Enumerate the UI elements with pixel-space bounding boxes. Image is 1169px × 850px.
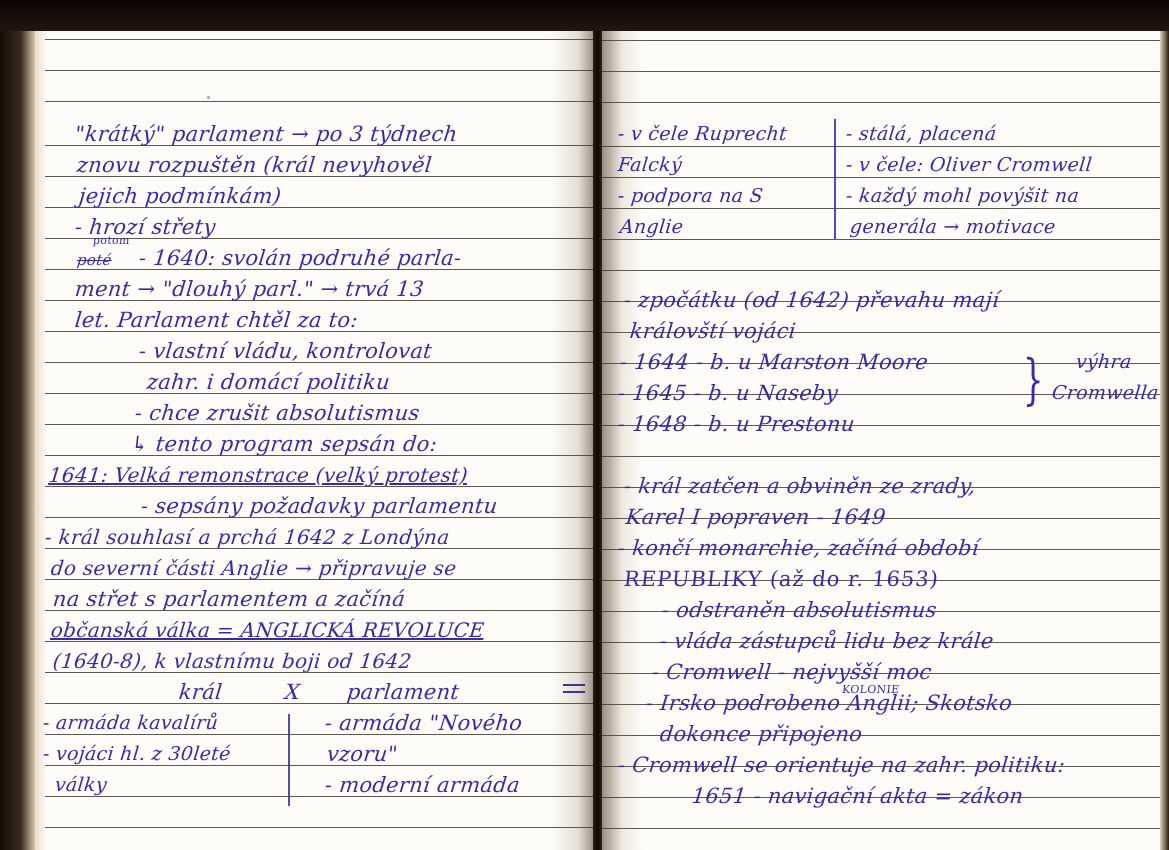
king-item: - v čele Ruprecht [616, 119, 788, 149]
note-line: - končí monarchie, začíná období [616, 533, 980, 563]
comparison-separator: X [283, 677, 301, 707]
note-line: královští vojáci [628, 316, 797, 346]
note-line: ment → "dlouhý parl." → trvá 13 [73, 274, 425, 304]
note-line: - Irsko podrobeno Anglii; Skotsko [644, 688, 1013, 718]
double-underline-mark [563, 684, 585, 693]
notebook-photo: "krátký" parlament → po 3 týdnech znovu … [0, 0, 1169, 850]
note-line: - Cromwell se orientuje na zahr. politik… [616, 750, 1066, 780]
note-line: - vláda zástupců lidu bez krále [658, 626, 995, 656]
note-line: dokonce připojeno [658, 719, 863, 749]
note-line: - 1648 - b. u Prestonu [616, 409, 856, 439]
note-line: - 1644 - b. u Marston Moore [618, 347, 929, 377]
note-line: let. Parlament chtěl za to: [73, 305, 359, 335]
king-item: - armáda kavalírů [41, 708, 219, 738]
king-item: Anglie [618, 212, 684, 242]
note-line: - odstraněn absolutismus [660, 595, 938, 625]
note-line: - vlastní vládu, kontrolovat [137, 336, 433, 366]
note-line: - zpočátku (od 1642) převahu mají [622, 285, 1001, 315]
brace-mark: } [1023, 353, 1044, 407]
note-line: občanská válka = ANGLICKÁ REVOLUCE [49, 615, 485, 645]
note-line: - sepsány požadavky parlamentu [139, 491, 499, 521]
note-line: jejich podmínkám) [77, 181, 282, 211]
note-line: - král zatčen a obviněn ze zrady, [622, 471, 977, 501]
left-page: "krátký" parlament → po 3 týdnech znovu … [35, 31, 596, 850]
parliament-item: vzoru" [325, 739, 399, 769]
comparison-header-king: král [177, 677, 223, 707]
note-line: ↳ tento program sepsán do: [129, 429, 438, 459]
note-line: do severní části Anglie → připravuje se [49, 553, 458, 583]
background-shadow [0, 0, 1169, 34]
ink-speck [207, 96, 210, 99]
struck-word: poté [75, 245, 113, 275]
note-text: - 1640: svolán podruhé parla- [138, 246, 463, 270]
note-line: REPUBLIKY (až do r. 1653) [622, 564, 940, 594]
note-line: 1651 - navigační akta = zákon [690, 781, 1025, 811]
note-line: Karel I popraven - 1649 [624, 502, 887, 532]
parliament-item: - každý mohl povýšit na [844, 181, 1080, 211]
note-line: "krátký" parlament → po 3 týdnech [73, 119, 459, 149]
note-line: - chce zrušit absolutismus [133, 398, 421, 428]
right-page: - v čele Ruprecht Falcký - podpora na S … [602, 31, 1160, 850]
note-line: - král souhlasí a prchá 1642 z Londýna [43, 522, 451, 552]
parliament-item: - v čele: Oliver Cromwell [844, 150, 1093, 180]
king-item: války [53, 770, 108, 800]
note-text: Karel I popraven - 1649 [625, 505, 887, 529]
note-line: - 1645 - b. u Naseby [616, 378, 839, 408]
king-item: Falcký [616, 150, 683, 180]
note-line: na střet s parlamentem a začíná [51, 584, 406, 614]
parliament-item: - stálá, placená [844, 119, 998, 149]
note-line: (1640-8), k vlastnímu boji od 1642 [51, 646, 413, 676]
comparison-divider [288, 714, 290, 806]
note-line: 1641: Velká remonstrace (velký protest) [47, 460, 469, 490]
parliament-item: generála → motivace [848, 212, 1057, 242]
page-stack-edge [0, 31, 35, 850]
battle-note: výhra [1074, 347, 1133, 377]
comparison-header-parliament: parlament [345, 677, 460, 707]
king-item: - vojáci hl. z 30leté [41, 739, 232, 769]
battle-note: Cromwella [1050, 378, 1160, 408]
parliament-item: - moderní armáda [323, 770, 521, 800]
king-item: - podpora na S [616, 181, 764, 211]
note-line: znovu rozpuštěn (král nevyhověl [75, 150, 433, 180]
note-line: zahr. i domácí politiku [145, 367, 391, 397]
parliament-item: - armáda "Nového [323, 708, 523, 738]
note-line: - 1640: svolán podruhé parla- [137, 243, 463, 273]
page-stack-edge [1160, 31, 1169, 850]
comparison-divider [834, 119, 836, 239]
